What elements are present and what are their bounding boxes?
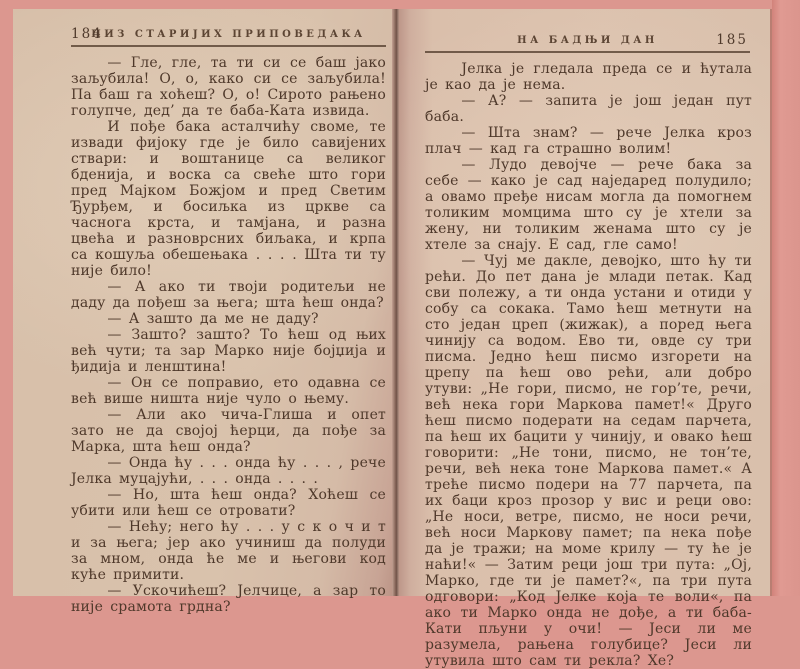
page-text-left: — Гле, гле, та ти си се баш јако заљубил…	[71, 55, 386, 596]
paragraph: — Лудо девојче — рече бака за себе — как…	[425, 157, 752, 253]
paragraph: — Но, шта ћеш онда? Хоћеш се убити или ћ…	[71, 487, 386, 519]
running-title: НИЗ СТАРИЈИХ ПРИПОВЕДАКА	[71, 26, 386, 40]
paragraph: — А? — запита је још један пут баба.	[425, 93, 752, 125]
paragraph: — Гле, гле, та ти си се баш јако заљубил…	[71, 55, 386, 119]
page-header-right: НА БАДЊИ ДАН 185	[425, 32, 750, 48]
paragraph: — Али ако чича-Глиша и опет зато не да с…	[71, 407, 386, 455]
book-spread: 184 НИЗ СТАРИЈИХ ПРИПОВЕДАКА — Гле, гле,…	[0, 0, 800, 596]
paragraph: — Зашто? зашто? То ћеш од њих већ чути; …	[71, 327, 386, 375]
scanned-book-photo: { "book": { "left_page": { "page_number"…	[0, 0, 800, 596]
paragraph: — А ако ти твоји родитељи не даду да пођ…	[71, 279, 386, 311]
paragraph: — Он се поправио, ето одавна се већ више…	[71, 375, 386, 407]
page-number: 185	[716, 32, 748, 48]
paragraph: — Онда ћу . . . онда ћу . . . , рече Јел…	[71, 455, 386, 487]
page-left: 184 НИЗ СТАРИЈИХ ПРИПОВЕДАКА — Гле, гле,…	[13, 9, 394, 596]
page-number: 184	[71, 26, 103, 42]
header-rule	[71, 45, 386, 47]
page-header-left: 184 НИЗ СТАРИЈИХ ПРИПОВЕДАКА	[71, 26, 386, 42]
paragraph: Јелка је гледала преда се и ћутала је ка…	[425, 61, 752, 93]
paragraph: — А зашто да ме не даду?	[71, 311, 386, 327]
fore-edge	[772, 0, 800, 596]
paragraph: — Нећу; него ћу . . . у с к о ч и т и за…	[71, 519, 386, 583]
header-rule	[425, 51, 750, 53]
paragraph: — Ускочићеш? Јелчице, а зар то није срам…	[71, 583, 386, 596]
page-text-right: Јелка је гледала преда се и ћутала је ка…	[425, 61, 752, 596]
paragraph: — Чуј ме дакле, девојко, што ћу ти рећи.…	[425, 253, 752, 596]
paragraph: — Шта знам? — рече Јелка кроз плач — кад…	[425, 125, 752, 157]
running-title: НА БАДЊИ ДАН	[425, 32, 750, 46]
page-right: НА БАДЊИ ДАН 185 Јелка је гледала преда …	[399, 9, 772, 596]
paragraph: И пође бака асталчићу своме, те извади ф…	[71, 119, 386, 279]
